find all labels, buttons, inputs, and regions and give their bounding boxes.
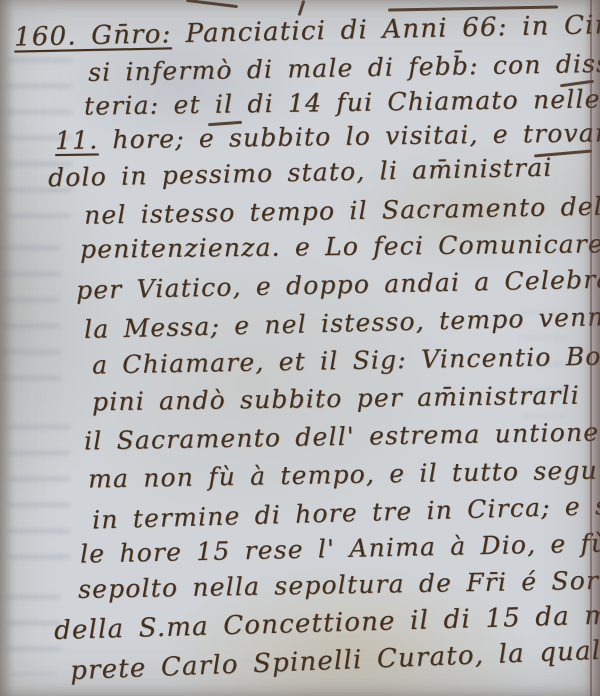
manuscript-line: dolo in pessimo stato, li am̄inistrai: [48, 153, 553, 193]
manuscript-photo: 160. Gn̄ro:Panciatici di Anni 66: in Cir…: [0, 0, 600, 696]
manuscript-line: il Sacramento dell' estrema untione: [84, 418, 600, 456]
line-text: in termine di hore tre in Circa; e su: [92, 491, 600, 535]
line-text: prete Carlo Spinelli Curato, la qual: [70, 636, 600, 686]
manuscript-line: 160. Gn̄ro:Panciatici di Anni 66: in Cir…: [14, 9, 600, 52]
manuscript-line: nel istesso tempo il Sacramento della: [84, 191, 600, 229]
manuscript-line: teria: et il di 14 fui Chiamato nelle: [84, 84, 600, 120]
manuscript-line: le hore 15 rese l' Anima à Dio, e fù: [80, 528, 600, 568]
line-text: pini andò subbito per am̄inistrarli: [92, 381, 580, 417]
line-text: il Sacramento dell' estrema untione: [84, 418, 600, 456]
line-text: sepolto nella sepoltura de Fr̄i é Sorell…: [78, 565, 600, 604]
line-text: penitenzienza. e Lo feci Comunicare: [80, 229, 600, 263]
manuscript-line: in termine di hore tre in Circa; e su: [92, 491, 600, 535]
line-text: nel istesso tempo il Sacramento della: [84, 191, 600, 229]
line-text: si infermò di male di febb̄: con dissen-: [88, 48, 600, 87]
line-text: ma non fù à tempo, e il tutto seguì: [88, 455, 600, 493]
manuscript-line: sepolto nella sepoltura de Fr̄i é Sorell…: [78, 565, 600, 604]
line-text: teria: et il di 14 fui Chiamato nelle: [84, 84, 600, 120]
line-text: la Messa; e nel istesso, tempo vennero: [84, 301, 600, 344]
manuscript-text-block: 160. Gn̄ro:Panciatici di Anni 66: in Cir…: [0, 0, 600, 696]
manuscript-line: si infermò di male di febb̄: con dissen-: [88, 48, 600, 87]
line-text: Panciatici di Anni 66: in Circa: [185, 9, 600, 49]
manuscript-line: la Messa; e nel istesso, tempo vennero: [84, 301, 600, 344]
page-edge-shadow: [590, 0, 592, 696]
manuscript-line: per Viatico, e doppo andai a Celebrar: [76, 264, 600, 305]
manuscript-line: ma non fù à tempo, e il tutto seguì: [88, 455, 600, 493]
entry-date: 160. Gn̄ro:: [14, 19, 172, 52]
manuscript-line: 11.hore; e subbito lo visitai, e trovan-: [55, 118, 600, 155]
manuscript-line: penitenzienza. e Lo feci Comunicare: [80, 229, 600, 263]
line-text: dolo in pessimo stato, li am̄inistrai: [48, 153, 553, 193]
manuscript-line: pini andò subbito per am̄inistrarli: [92, 381, 580, 417]
manuscript-line: prete Carlo Spinelli Curato, la qual: [70, 636, 600, 686]
line-text: hore; e subbito lo visitai, e trovan-: [112, 118, 600, 154]
line-text: a Chiamare, et il Sig: Vincentio Bol: [92, 341, 600, 379]
line-text: le hore 15 rese l' Anima à Dio, e fù: [80, 528, 600, 568]
manuscript-line: a Chiamare, et il Sig: Vincentio Bol: [92, 341, 600, 379]
hour-number: 11.: [55, 125, 99, 155]
line-text: per Viatico, e doppo andai a Celebrar: [76, 264, 600, 305]
